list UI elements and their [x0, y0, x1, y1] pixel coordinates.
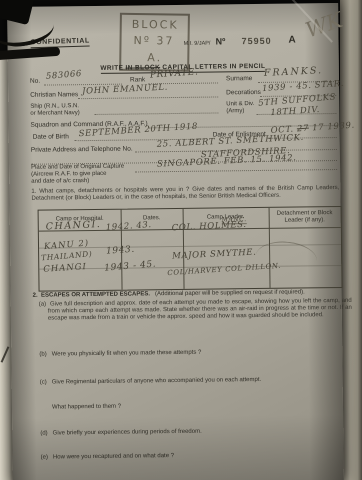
series-letter: A — [288, 35, 295, 46]
stamp-block-word: BLOCK — [132, 18, 179, 32]
mi9-reference-label: M.I. 9/JAP/ — [184, 41, 211, 47]
field-capture-label-line1: Place and Date of Original Capture — [31, 164, 124, 171]
field-christian-names-label: Christian Names — [30, 91, 78, 99]
question2b-text: Were you physically fit when you made th… — [52, 350, 202, 358]
field-ship-label-line1: Ship (R.N., U.S.N. — [30, 103, 79, 110]
question2e-text: How were you recaptured and on what date… — [53, 453, 174, 460]
question2c-followup: What happened to them ? — [52, 404, 121, 411]
question2-number: 2. — [33, 293, 38, 299]
question1-text: 1. What camps, detachments or hospitals … — [31, 185, 339, 203]
field-surname-label: Surname — [226, 75, 252, 82]
question2d-text: Give briefly your experiences during per… — [53, 429, 202, 437]
question2c-text: Give Regimental particulars of anyone wh… — [52, 377, 262, 386]
field-ship-label-line2: or Merchant Navy) — [30, 110, 79, 117]
question2a: (a) Give full description and approx. da… — [39, 298, 352, 323]
field-surname-value: FRANKS. — [264, 65, 324, 79]
camp-row1-leader-regiment: MANC. — [222, 216, 247, 224]
field-capture-value: SINGAPORE. FEB. 15. 1942. — [157, 153, 297, 170]
question2e-label: (e) — [41, 455, 48, 461]
question2c-label: (c) — [40, 380, 47, 386]
field-rank-value: PRIVATE. — [150, 67, 199, 80]
question2c: (c) Give Regimental particulars of anyon… — [40, 377, 262, 386]
field-unit-label-line2: (Army) — [226, 108, 244, 114]
question2e: (e) How were you recaptured and on what … — [41, 453, 175, 461]
number-sign: Nº — [215, 36, 225, 46]
serial-number: 75950 — [241, 36, 271, 46]
question2a-text: Give full description and approx. date o… — [48, 298, 352, 322]
question2b-label: (b) — [39, 352, 46, 358]
field-dob-label: Date of Birth — [33, 133, 69, 140]
underlying-page-edge-right — [340, 0, 362, 480]
field-no-value: 583066 — [46, 69, 83, 82]
question2-note: (Additional paper will be supplied on re… — [155, 289, 305, 297]
stamp-number: Nº 37 — [133, 34, 174, 48]
field-capture-label-line2: (Aircrew R.A.F. to give place — [31, 171, 106, 178]
field-unit-label-line1: Unit & Div. — [226, 101, 254, 107]
field-decorations-label: Decorations — [226, 89, 261, 96]
form-page: CONFIDENTIAL BLOCK Nº 37 A. M.I. 9/JAP/ … — [7, 3, 344, 480]
question2d-label: (d) — [40, 431, 47, 437]
photographed-document: CONFIDENTIAL BLOCK Nº 37 A. M.I. 9/JAP/ … — [0, 0, 362, 480]
field-capture-label-line3: and date of a/c crash) — [31, 178, 89, 185]
question2b: (b) Were you physically fit when you mad… — [39, 350, 201, 358]
camp-row2-dates: 1943. — [106, 245, 135, 257]
title-write: WRITE — [100, 65, 123, 72]
field-rank-label: Rank — [130, 76, 145, 83]
question2a-label: (a) — [39, 302, 46, 308]
field-no-label: No. — [30, 78, 40, 85]
question2d: (d) Give briefly your experiences during… — [40, 429, 201, 437]
camps-header-detachment: Detachment or Block Leader (if any). — [271, 210, 339, 225]
field-unit-value-line2: 18TH DIV. — [270, 105, 320, 118]
field-address-label: Private Address and Telephone No. — [31, 146, 133, 154]
question2-title: ESCAPES OR ATTEMPTED ESCAPES. — [41, 291, 150, 298]
